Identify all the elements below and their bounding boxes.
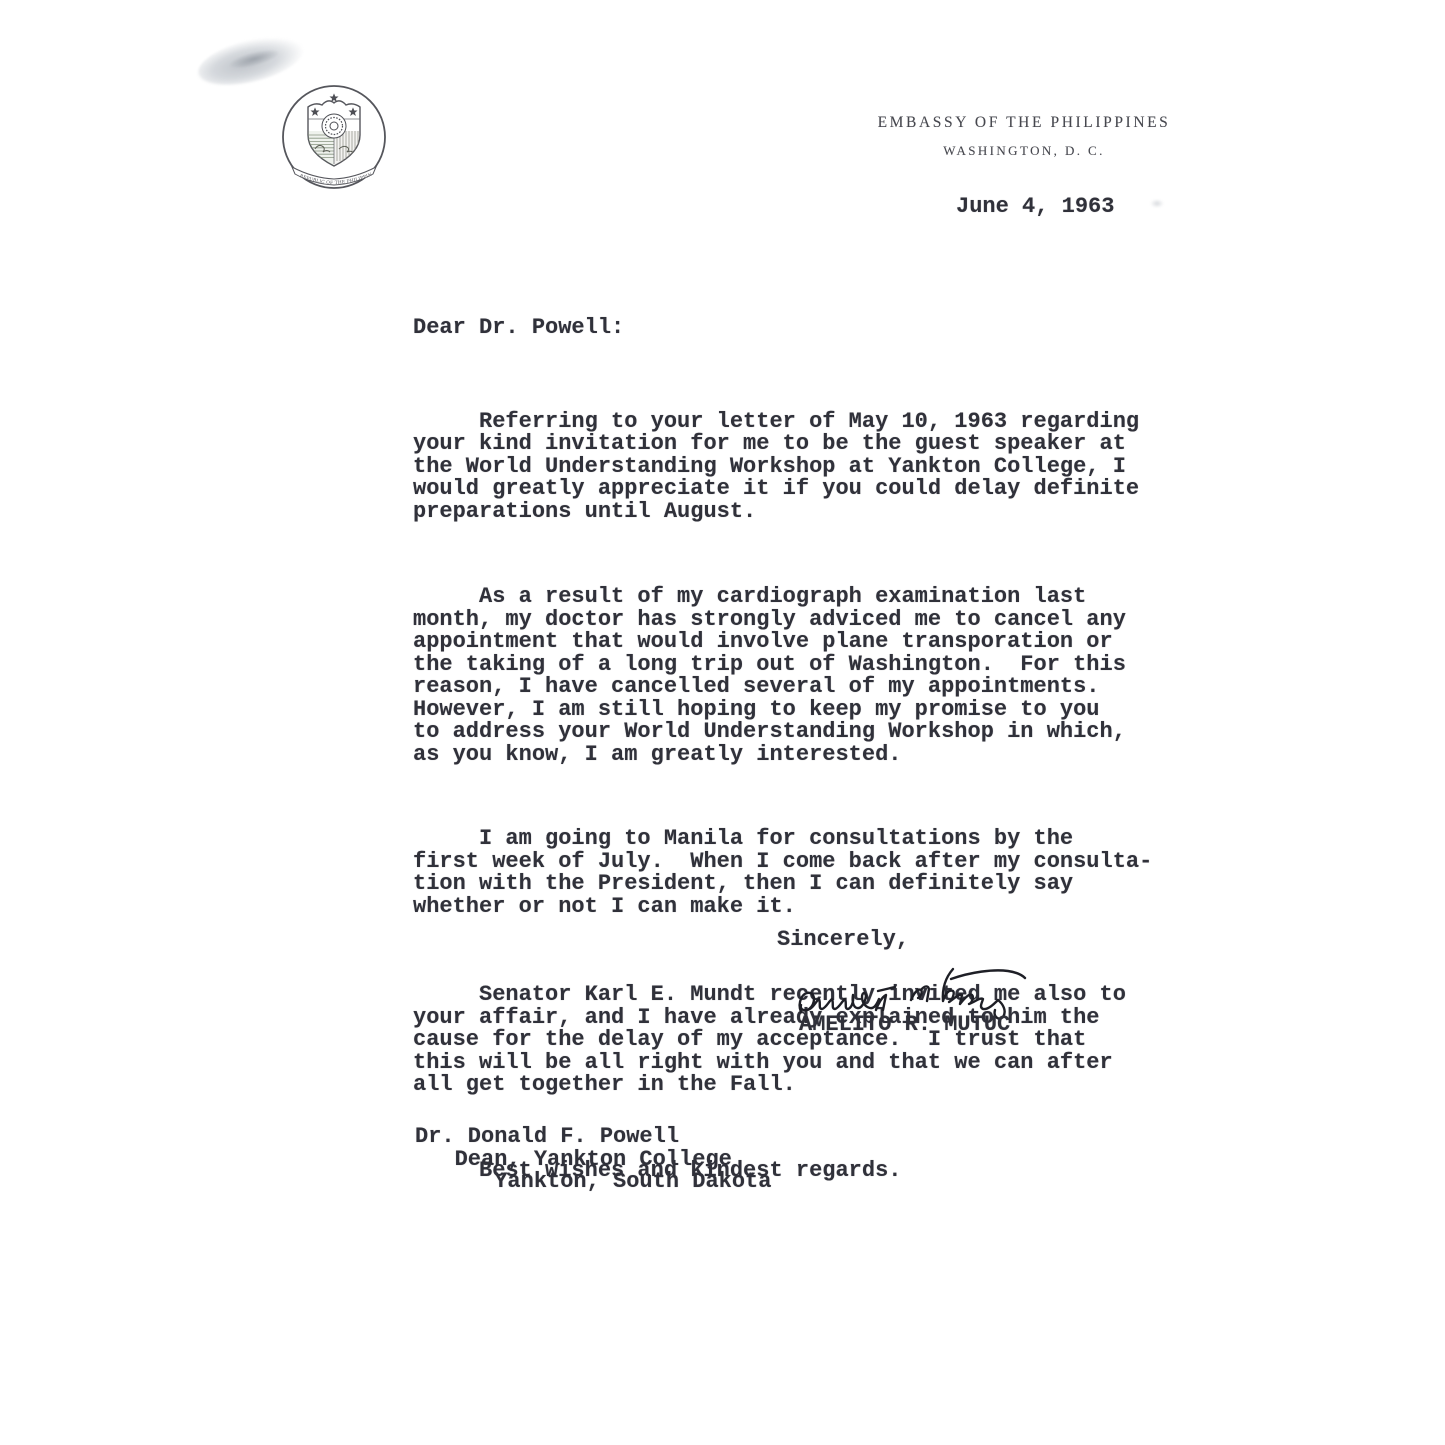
- philippines-seal-icon: REPUBLIC OF THE PHILIPPINES: [279, 84, 389, 194]
- letter-body: Dear Dr. Powell: Referring to your lette…: [413, 272, 1193, 1227]
- paragraph-3: I am going to Manila for consultations b…: [413, 828, 1193, 918]
- embassy-name: EMBASSY OF THE PHILIPPINES: [824, 114, 1224, 132]
- seal-sun-icon: [322, 114, 346, 138]
- paragraph-1: Referring to your letter of May 10, 1963…: [413, 411, 1193, 524]
- recipient-block: Dr. Donald F. Powell Dean, Yankton Colle…: [415, 1126, 771, 1194]
- salutation: Dear Dr. Powell:: [413, 317, 1193, 340]
- valediction: Sincerely,: [777, 929, 909, 952]
- date-line: June 4, 1963: [956, 196, 1114, 219]
- signature-typed-name: AMELITO R. MUTUC: [799, 1014, 1010, 1037]
- letterhead-block: EMBASSY OF THE PHILIPPINES WASHINGTON, D…: [824, 114, 1224, 159]
- paragraph-2: As a result of my cardiograph examinatio…: [413, 586, 1193, 766]
- embassy-location: WASHINGTON, D. C.: [824, 143, 1224, 159]
- letter-page: REPUBLIC OF THE PHILIPPINES EMBASSY OF T…: [0, 0, 1445, 1445]
- paper-fleck: [1150, 199, 1164, 208]
